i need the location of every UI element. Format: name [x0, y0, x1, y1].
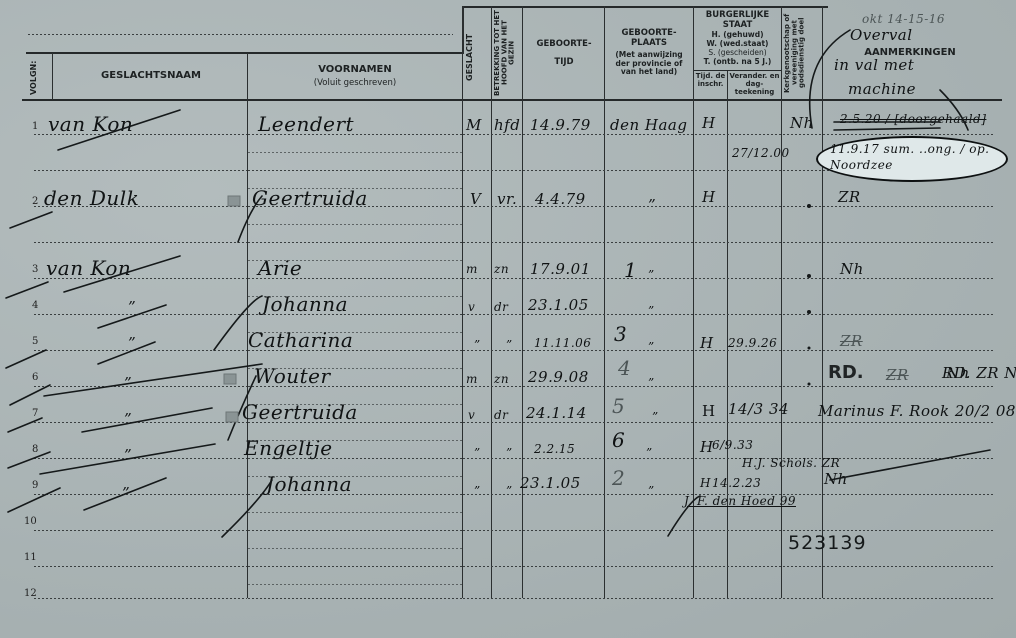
registration-card: VOLGN: GESLACHTSNAAM VOORNAMEN (Voluit g… — [0, 0, 1016, 638]
pen-strokes — [0, 0, 1016, 638]
